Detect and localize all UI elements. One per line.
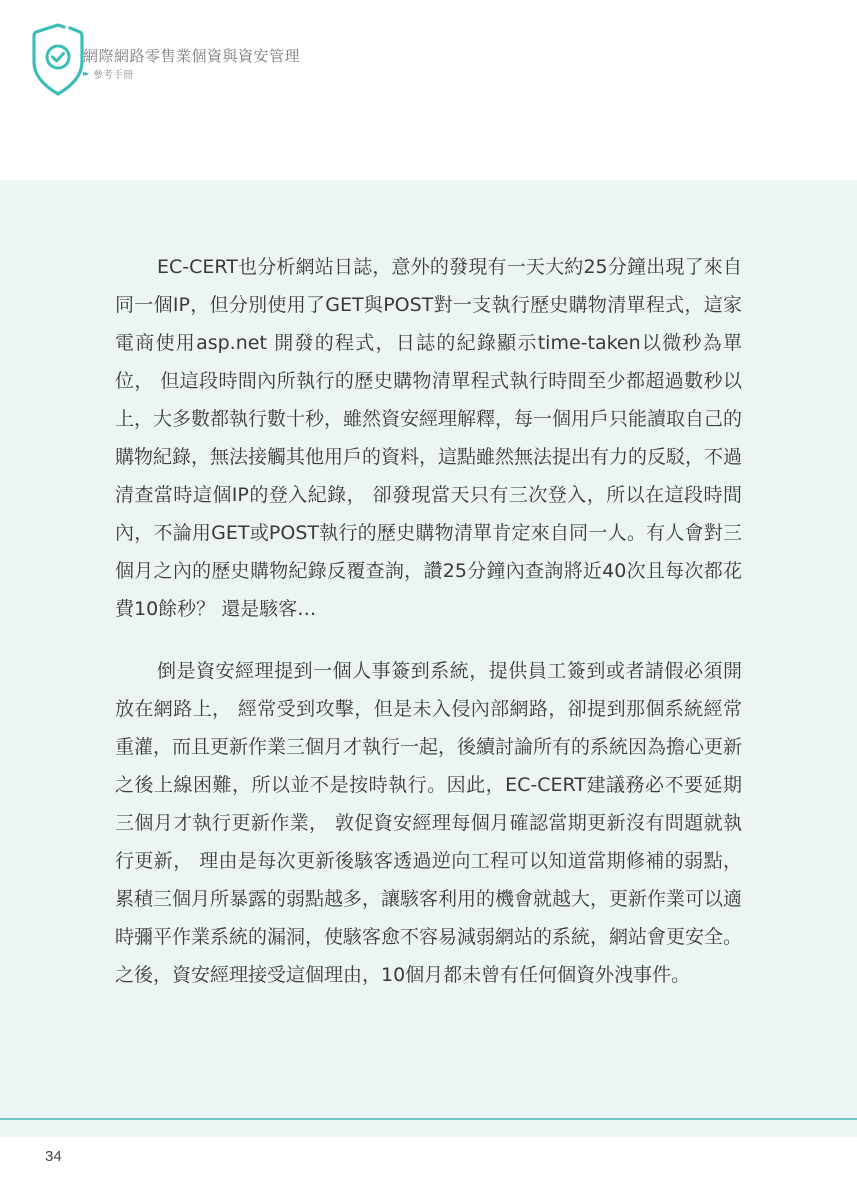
content-panel: EC-CERT也分析網站日誌，意外的發現有一天大約25分鐘出現了來自同一個IP，… [0, 180, 857, 1137]
paragraph: 倒是資安經理提到一個人事簽到系統，提供員工簽到或者請假必須開放在網路上， 經常受… [115, 652, 742, 994]
footer-divider [0, 1118, 857, 1120]
document-title: 網際網路零售業個資與資安管理 [83, 45, 300, 66]
document-subtitle: ▸▸ 參考手冊 [83, 66, 133, 81]
body-text: EC-CERT也分析網站日誌，意外的發現有一天大約25分鐘出現了來自同一個IP，… [115, 248, 742, 1018]
subtitle-label: 參考手冊 [93, 66, 133, 81]
double-arrow-icon: ▸▸ [83, 69, 87, 78]
page-number: 34 [45, 1148, 62, 1165]
paragraph: EC-CERT也分析網站日誌，意外的發現有一天大約25分鐘出現了來自同一個IP，… [115, 248, 742, 628]
page-header: 網際網路零售業個資與資安管理 ▸▸ 參考手冊 [0, 0, 857, 180]
shield-check-icon [30, 22, 86, 98]
